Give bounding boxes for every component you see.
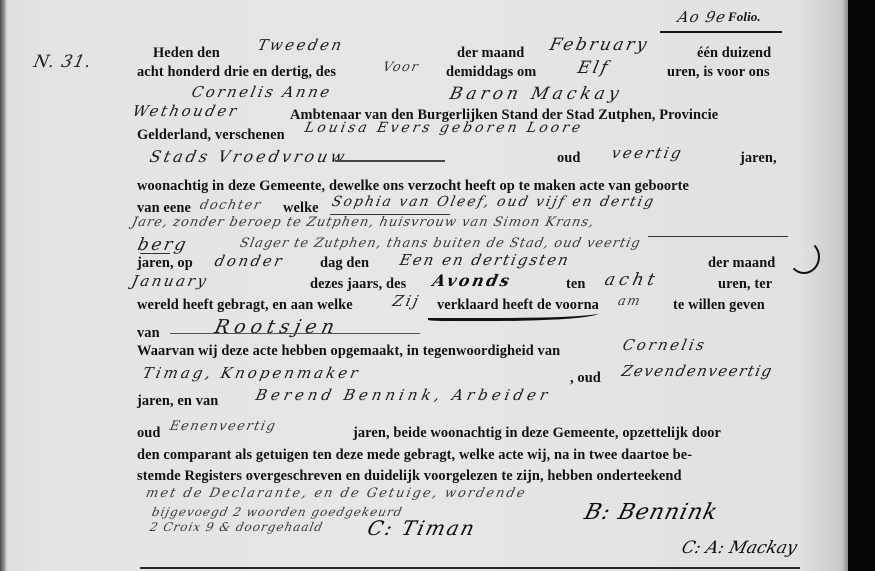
hw-remark-1: met de Declarante, en de Getuige, worden… (144, 486, 528, 501)
scan-edge (848, 0, 875, 571)
record-number: N. 31. (32, 52, 94, 72)
printed-text: der maand (457, 45, 524, 62)
printed-text: jaren, (740, 150, 777, 167)
hw-witness-1-age: Zevendenveertig (620, 362, 775, 380)
printed-text: oud (137, 425, 161, 442)
hw-child-name: Rootsjen (213, 316, 342, 338)
signature-witness-1: C: Timan (365, 516, 479, 540)
folio-rule (660, 31, 782, 33)
hw-line-10b: Slager te Zutphen, thans buiten de Stad,… (238, 236, 642, 251)
printed-text: één duizend (697, 45, 771, 62)
hw-official-given: Cornelis Anne (190, 83, 334, 101)
bracket-flourish (788, 240, 820, 274)
printed-text: jaren, op (137, 255, 193, 272)
hw-official-name: Baron Mackay (448, 84, 625, 104)
printed-text: acht honderd drie en dertig, des (137, 64, 336, 81)
hw-birth-day: Een en dertigsten (398, 251, 572, 269)
flourish-line (428, 308, 598, 321)
printed-text: uren, ter (718, 276, 772, 293)
hw-line-9: Jare, zonder beroep te Zutphen, huisvrou… (130, 215, 595, 230)
hw-declarant-profession: Stads Vroedvrouw (148, 147, 349, 166)
hw-birth-part-of-day: Avonds (431, 271, 514, 290)
underline (170, 333, 420, 334)
hw-voornaam-suffix: am (616, 294, 642, 309)
bottom-rule (140, 567, 800, 569)
printed-text: dag den (320, 255, 369, 272)
printed-text: jaren, beide woonachtig in deze Gemeente… (353, 425, 721, 442)
printed-text: dezes jaars, des (310, 276, 406, 293)
hw-line-10a: berg (136, 235, 190, 255)
hw-official-role: Wethouder (131, 102, 240, 120)
printed-text: Waarvan wij deze acte hebben opgemaakt, … (137, 343, 560, 360)
hw-declarant-age: veertig (610, 144, 685, 162)
printed-text: , oud (570, 370, 601, 387)
printed-text: Gelderland, verschenen (137, 127, 285, 144)
hw-birth-hour: acht (603, 270, 661, 290)
signature-witness-2: B: Bennink (582, 500, 721, 525)
printed-text: woonachtig in deze Gemeente, dewelke ons… (137, 178, 689, 195)
hw-birth-month: January (130, 272, 210, 290)
hw-remark-3: 2 Croix 9 & doorgehaald (149, 520, 325, 534)
underline (140, 253, 170, 254)
printed-text: wereld heeft gebragt, en aan welke (137, 297, 353, 314)
printed-text: Heden den (153, 45, 220, 62)
underline (648, 236, 788, 237)
hw-part-of-day: Voor (381, 60, 420, 75)
printed-text: demiddags om (446, 64, 536, 81)
printed-text: der maand (708, 255, 775, 272)
signature-official: C: A: Mackay (680, 538, 800, 558)
printed-text: stemde Registers overgeschreven en duide… (137, 468, 682, 485)
dash-line (335, 160, 445, 162)
hw-pronoun: Zij (391, 292, 422, 310)
folio-label: Folio. (728, 9, 761, 25)
hw-hour: Elf (576, 58, 612, 78)
hw-declarant: Louisa Evers geboren Loore (303, 120, 585, 136)
printed-text: oud (557, 150, 581, 167)
printed-text: van (137, 325, 160, 342)
hw-witness-2-age: Eenenveertig (168, 419, 277, 434)
printed-text: jaren, en van (137, 393, 218, 410)
printed-text: te willen geven (673, 297, 765, 314)
hw-witness-1-given: Cornelis (621, 336, 708, 354)
hw-month: February (548, 35, 651, 55)
hw-day: Tweeden (256, 36, 346, 54)
printed-text: uren, is voor ons (667, 64, 770, 81)
printed-text: den comparant als getuigen ten deze mede… (137, 447, 692, 464)
hw-mother: Sophia van Oleef, oud vijf en dertig (330, 194, 656, 210)
folio-number: Ao 9e (676, 8, 728, 26)
hw-child-sex: dochter (198, 198, 263, 213)
hw-witness-1: Timag, Knopenmaker (141, 364, 362, 382)
printed-text: ten (566, 276, 585, 293)
document-page: N. 31. Ao 9e Folio. Heden den Tweeden de… (0, 0, 848, 571)
hw-remark-2: bijgevoegd 2 woorden goedgekeurd (151, 505, 405, 519)
hw-witness-2: Berend Bennink, Arbeider (254, 386, 553, 404)
hw-weekday: donder (213, 252, 286, 270)
